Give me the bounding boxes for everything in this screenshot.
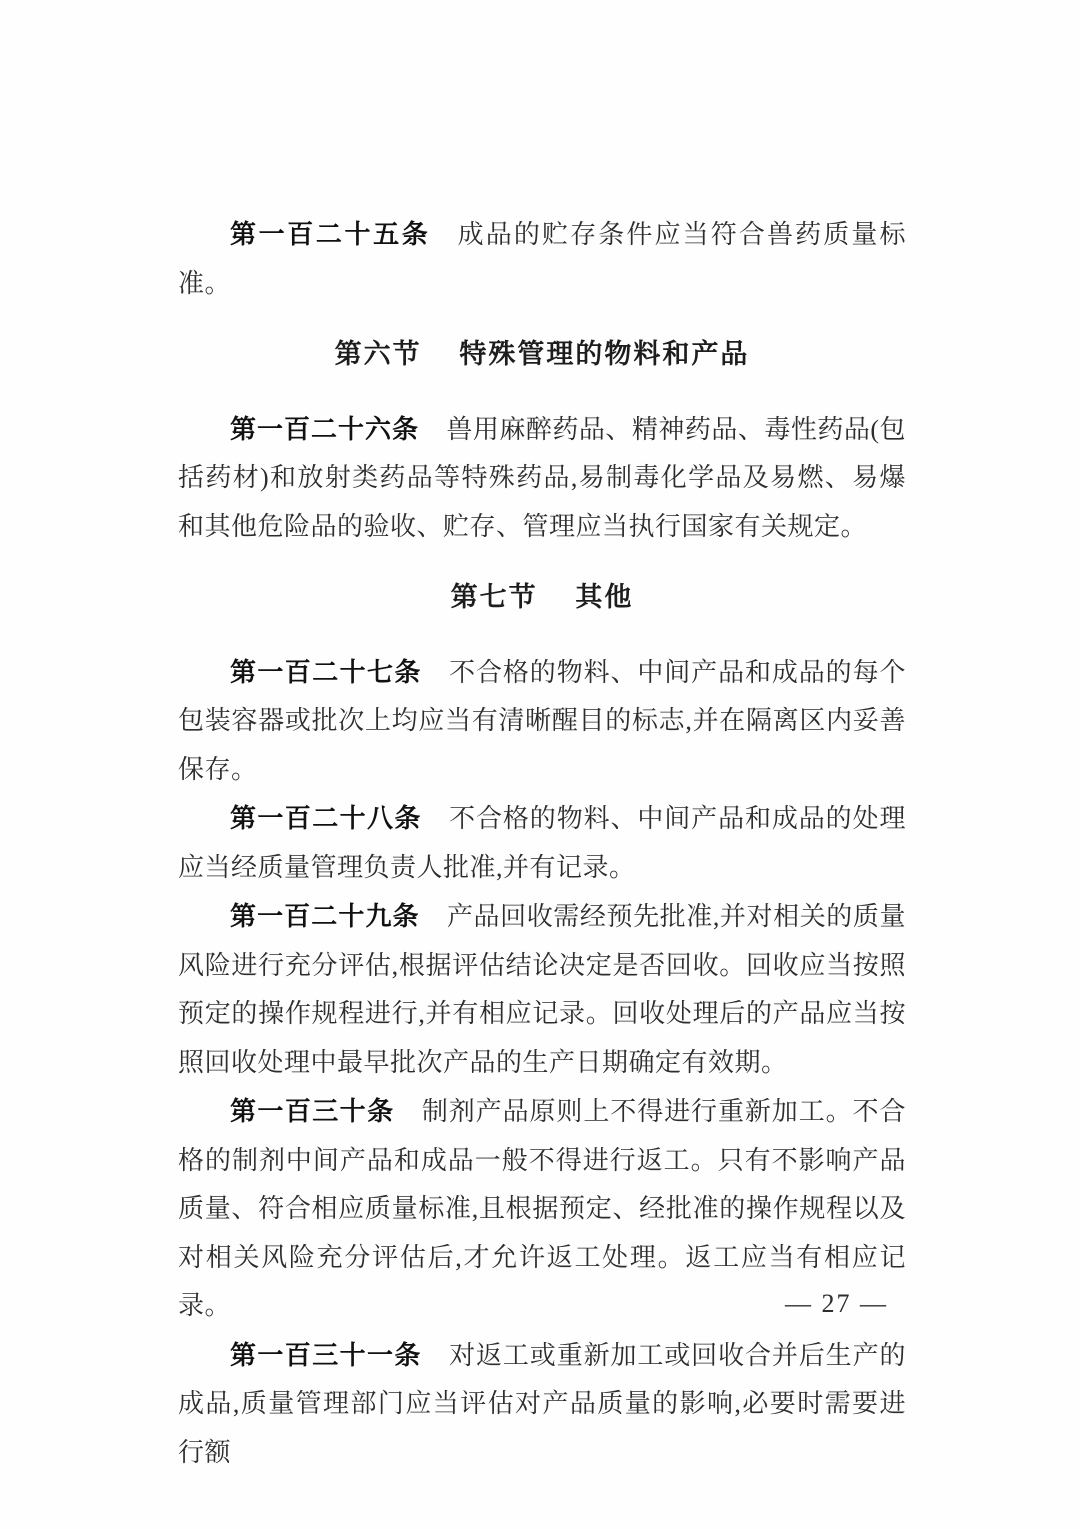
- section-6-heading: 第六节特殊管理的物料和产品: [178, 330, 906, 379]
- article-126-paragraph: 第一百二十六条兽用麻醉药品、精神药品、毒性药品(包括药材)和放射类药品等特殊药品…: [178, 405, 906, 552]
- section-6-title: 特殊管理的物料和产品: [459, 339, 749, 369]
- page-content: 第一百二十五条成品的贮存条件应当符合兽药质量标准。 第六节特殊管理的物料和产品 …: [178, 210, 906, 1477]
- article-129-number: 第一百二十九条: [230, 901, 420, 931]
- article-125-paragraph: 第一百二十五条成品的贮存条件应当符合兽药质量标准。: [178, 210, 906, 308]
- page-number: — 27 —: [785, 1288, 888, 1320]
- document-page: 第一百二十五条成品的贮存条件应当符合兽药质量标准。 第六节特殊管理的物料和产品 …: [0, 0, 1080, 1529]
- article-128-number: 第一百二十八条: [230, 803, 422, 833]
- article-126-number: 第一百二十六条: [230, 414, 419, 444]
- article-127-number: 第一百二十七条: [230, 657, 422, 687]
- article-131-paragraph: 第一百三十一条对返工或重新加工或回收合并后生产的成品,质量管理部门应当评估对产品…: [178, 1331, 906, 1478]
- article-127-paragraph: 第一百二十七条不合格的物料、中间产品和成品的每个包装容器或批次上均应当有清晰醒目…: [178, 648, 906, 795]
- section-7-title: 其他: [575, 582, 633, 612]
- section-7-label: 第七节: [451, 582, 538, 612]
- article-131-number: 第一百三十一条: [230, 1340, 422, 1370]
- section-7-heading: 第七节其他: [178, 573, 906, 622]
- article-130-number: 第一百三十条: [230, 1096, 395, 1126]
- article-125-number: 第一百二十五条: [230, 219, 430, 249]
- section-6-label: 第六节: [335, 339, 422, 369]
- article-129-paragraph: 第一百二十九条产品回收需经预先批准,并对相关的质量风险进行充分评估,根据评估结论…: [178, 892, 906, 1087]
- article-128-paragraph: 第一百二十八条不合格的物料、中间产品和成品的处理应当经质量管理负责人批准,并有记…: [178, 794, 906, 892]
- article-130-text: 制剂产品原则上不得进行重新加工。不合格的制剂中间产品和成品一般不得进行返工。只有…: [178, 1097, 906, 1320]
